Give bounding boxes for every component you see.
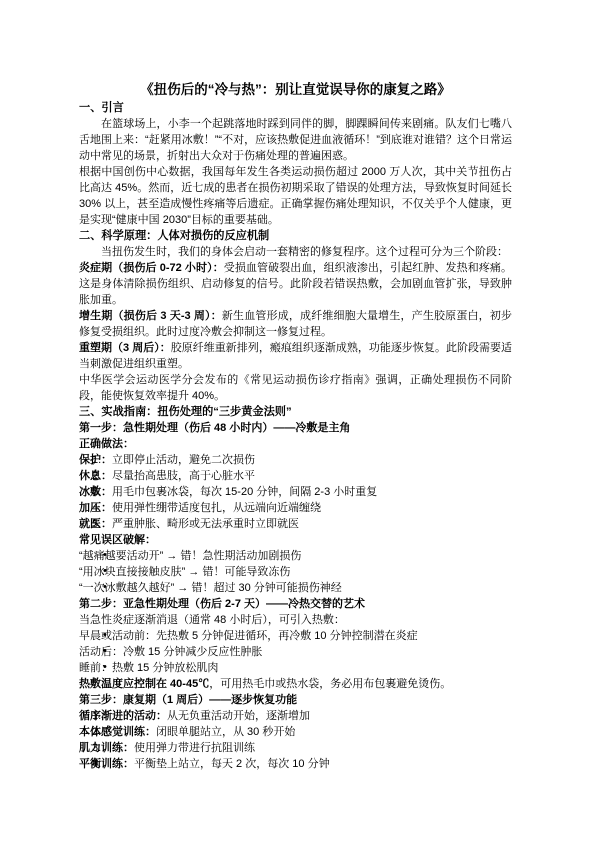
phase-lead: 增生期（损伤后 3 天-3 周）： — [79, 310, 222, 322]
document-page: 《扭伤后的“冷与热”：别让直觉误导你的康复之路》 一、引言 在篮球场上，小李一个… — [0, 0, 595, 841]
phase-paragraph-remodeling: 重塑期（3 周后）：胶原纤维重新排列，瘢痕组织逐渐成熟，功能逐步恢复。此阶段需要… — [79, 340, 512, 372]
item-text: 从无负重活动开始，逐渐增加 — [167, 710, 310, 722]
item-lead: 本体感觉训练： — [79, 726, 156, 738]
item-number: 2. — [92, 468, 101, 484]
item-text: 平衡垫上站立，每天 2 次，每次 10 分钟 — [134, 758, 330, 770]
numbered-item: 5.就医：严重肿胀、畸形或无法承重时立即就医 — [79, 516, 512, 532]
step-3-heading: 第三步：康复期（1 周后）——逐步恢复功能 — [79, 692, 512, 708]
subacute-intro-paragraph: 当急性炎症逐渐消退（通常 48 小时后），可引入热敷： — [79, 612, 512, 628]
item-number: 5. — [92, 516, 101, 532]
item-text: 立即停止活动，避免二次损伤 — [112, 454, 255, 466]
numbered-item: 1.循序渐进的活动：从无负重活动开始，逐渐增加 — [79, 708, 512, 724]
phase-lead: 炎症期（损伤后 0-72 小时）： — [79, 262, 224, 274]
guideline-paragraph: 中华医学会运动医学分会发布的《常见运动损伤诊疗指南》强调，正确处理损伤不同阶段，… — [79, 372, 512, 404]
phase-lead: 重塑期（3 周后）： — [79, 342, 171, 354]
section-2-heading: 二、科学原理：人体对损伤的反应机制 — [79, 228, 512, 244]
bullet-icon: • — [103, 547, 107, 563]
step-2-heading: 第二步：亚急性期处理（伤后 2-7 天）——冷热交替的艺术 — [79, 596, 512, 612]
schedule-bullet-item: •活动后：冷敷 15 分钟减少反应性肿胀 — [79, 644, 512, 660]
myth-bullet-item: •“越痛越要活动开” → 错！急性期活动加剧损伤 — [79, 548, 512, 564]
section-3-heading: 三、实战指南：扭伤处理的“三步黄金法则” — [79, 404, 512, 420]
item-number: 1. — [92, 708, 101, 724]
myth-bullet-item: •“一次冰敷越久越好” → 错！超过 30 分钟可能损伤神经 — [79, 580, 512, 596]
numbered-item: 1.保护：立即停止活动，避免二次损伤 — [79, 452, 512, 468]
myth-text: “越痛越要活动开” → 错！急性期活动加剧损伤 — [79, 550, 301, 562]
numbered-item: 4.平衡训练：平衡垫上站立，每天 2 次，每次 10 分钟 — [79, 756, 512, 772]
bullet-icon: • — [103, 659, 107, 675]
item-text: 尽量抬高患肢，高于心脏水平 — [112, 470, 255, 482]
schedule-text: 睡前：热敷 15 分钟放松肌肉 — [79, 662, 218, 674]
item-number: 4. — [92, 756, 101, 772]
schedule-bullet-item: •早晨或活动前：先热敷 5 分钟促进循环，再冷敷 10 分钟控制潜在炎症 — [79, 628, 512, 644]
item-lead: 平衡训练： — [79, 758, 134, 770]
schedule-bullet-item: •睡前：热敷 15 分钟放松肌肉 — [79, 660, 512, 676]
item-text: 使用弹性绷带适度包扎，从远端向近端缠绕 — [112, 502, 321, 514]
item-number: 2. — [92, 724, 101, 740]
temperature-note: 热敷温度应控制在 40-45℃，可用热毛巾或热水袋，务必用布包裹避免烫伤。 — [79, 676, 512, 692]
myth-bullet-item: •“用冰块直接接触皮肤” → 错！可能导致冻伤 — [79, 564, 512, 580]
item-number: 3. — [92, 740, 101, 756]
note-lead: 热敷温度应控制在 40-45℃ — [79, 678, 209, 690]
bullet-icon: • — [103, 579, 107, 595]
myth-text: “用冰块直接接触皮肤” → 错！可能导致冻伤 — [79, 566, 290, 578]
item-number: 4. — [92, 500, 101, 516]
numbered-item: 2.本体感觉训练：闭眼单腿站立，从 30 秒开始 — [79, 724, 512, 740]
bullet-icon: • — [103, 563, 107, 579]
item-text: 严重肿胀、畸形或无法承重时立即就医 — [112, 518, 299, 530]
myth-text: “一次冰敷越久越好” → 错！超过 30 分钟可能损伤神经 — [79, 582, 342, 594]
numbered-item: 3.肌力训练：使用弹力带进行抗阻训练 — [79, 740, 512, 756]
myths-title: 常见误区破解： — [79, 532, 512, 548]
item-number: 3. — [92, 484, 101, 500]
schedule-text: 早晨或活动前：先热敷 5 分钟促进循环，再冷敷 10 分钟控制潜在炎症 — [79, 630, 418, 642]
numbered-item: 2.休息：尽量抬高患肢，高于心脏水平 — [79, 468, 512, 484]
phase-paragraph-proliferation: 增生期（损伤后 3 天-3 周）：新生血管形成，成纤维细胞大量增生，产生胶原蛋白… — [79, 308, 512, 340]
bullet-icon: • — [103, 643, 107, 659]
item-text: 使用弹力带进行抗阻训练 — [134, 742, 255, 754]
intro-paragraph: 在篮球场上，小李一个起跳落地时踩到同伴的脚，脚踝瞬间传来剧痛。队友们七嘴八舌地围… — [79, 116, 512, 164]
phase-paragraph-inflammation: 炎症期（损伤后 0-72 小时）：受损血管破裂出血，组织液渗出，引起红肿、发热和… — [79, 260, 512, 308]
item-text: 用毛巾包裹冰袋，每次 15-20 分钟，间隔 2-3 小时重复 — [112, 486, 377, 498]
numbered-item: 3.冰敷：用毛巾包裹冰袋，每次 15-20 分钟，间隔 2-3 小时重复 — [79, 484, 512, 500]
document-title: 《扭伤后的“冷与热”：别让直觉误导你的康复之路》 — [79, 79, 512, 100]
numbered-item: 4.加压：使用弹性绷带适度包扎，从远端向近端缠绕 — [79, 500, 512, 516]
item-lead: 肌力训练： — [79, 742, 134, 754]
item-number: 1. — [92, 452, 101, 468]
step-1-heading: 第一步：急性期处理（伤后 48 小时内）——冷敷是主角 — [79, 420, 512, 436]
statistics-paragraph: 根据中国创伤中心数据，我国每年发生各类运动损伤超过 2000 万人次，其中关节扭… — [79, 164, 512, 228]
correct-practice-title: 正确做法： — [79, 436, 512, 452]
note-text: ，可用热毛巾或热水袋，务必用布包裹避免烫伤。 — [209, 678, 451, 690]
science-intro-paragraph: 当扭伤发生时，我们的身体会启动一套精密的修复程序。这个过程可分为三个阶段： — [79, 244, 512, 260]
bullet-icon: • — [103, 627, 107, 643]
item-text: 闭眼单腿站立，从 30 秒开始 — [156, 726, 295, 738]
section-1-heading: 一、引言 — [79, 100, 512, 116]
